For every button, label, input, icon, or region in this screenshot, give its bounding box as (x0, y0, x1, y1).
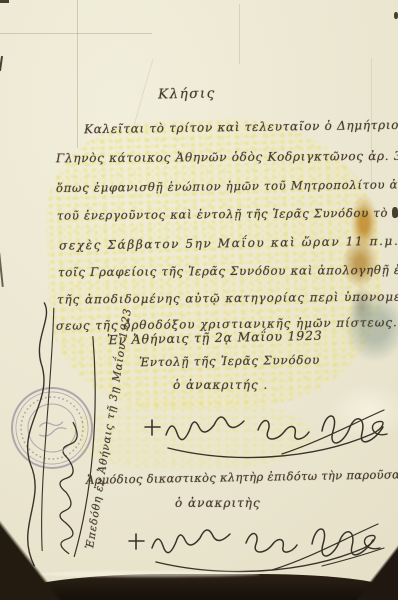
ghost-showthrough-mark (134, 59, 154, 125)
fold-crease-vertical (77, 0, 78, 148)
body-line: Γληνὸς κάτοικος Ἀθηνῶν ὁδὸς Κοδριγκτῶνος… (56, 149, 398, 166)
document-title: Κλήσις (158, 85, 216, 102)
edge-speck (0, 0, 9, 3)
body-line: Καλεῖται τὸ τρίτον καὶ τελευταῖον ὁ Δημή… (84, 118, 398, 137)
fold-crease-horizontal (0, 33, 152, 34)
document-scan: Κλήσις Καλεῖται τὸ τρίτον καὶ τελευταῖον… (0, 0, 398, 600)
body-line: ὅπως ἐμφανισθῇ ἐνώπιον ἡμῶν τοῦ Μητροπολ… (56, 177, 398, 195)
fold-crease-vertical-2 (239, 4, 240, 64)
body-line: τοῦ ἐνεργοῦντος καὶ ἐντολῇ τῆς Ἱερᾶς Συν… (57, 205, 398, 222)
service-note: Ἁρμόδιος δικαστικὸς κλητὴρ ἐπιδότω τὴν π… (86, 467, 398, 487)
edge-speck (0, 56, 3, 71)
dateline: Ἐν Ἀθήναις τῇ 2ᾳ Μαΐου 1923 (107, 328, 323, 348)
investigator-signature-2 (122, 508, 392, 580)
edge-speck (0, 253, 4, 287)
investigator-title: ὁ ἀνακριτής . (173, 378, 268, 392)
body-line: τῆς ἀποδιδομένης αὐτῷ κατηγορίας περὶ ὑπ… (57, 289, 398, 306)
authority-line: Ἐντολῇ τῆς Ἱερᾶς Συνόδου (139, 353, 320, 370)
body-line: σεχὲς Σάββατον 5ην Μαΐου καὶ ὥραν 11 π.μ… (59, 233, 398, 252)
edge-speck (394, 12, 398, 19)
body-line: τοῖς Γραφείοις τῆς Ἱερᾶς Συνόδου καὶ ἀπο… (58, 263, 398, 279)
investigator-signature (140, 400, 392, 464)
